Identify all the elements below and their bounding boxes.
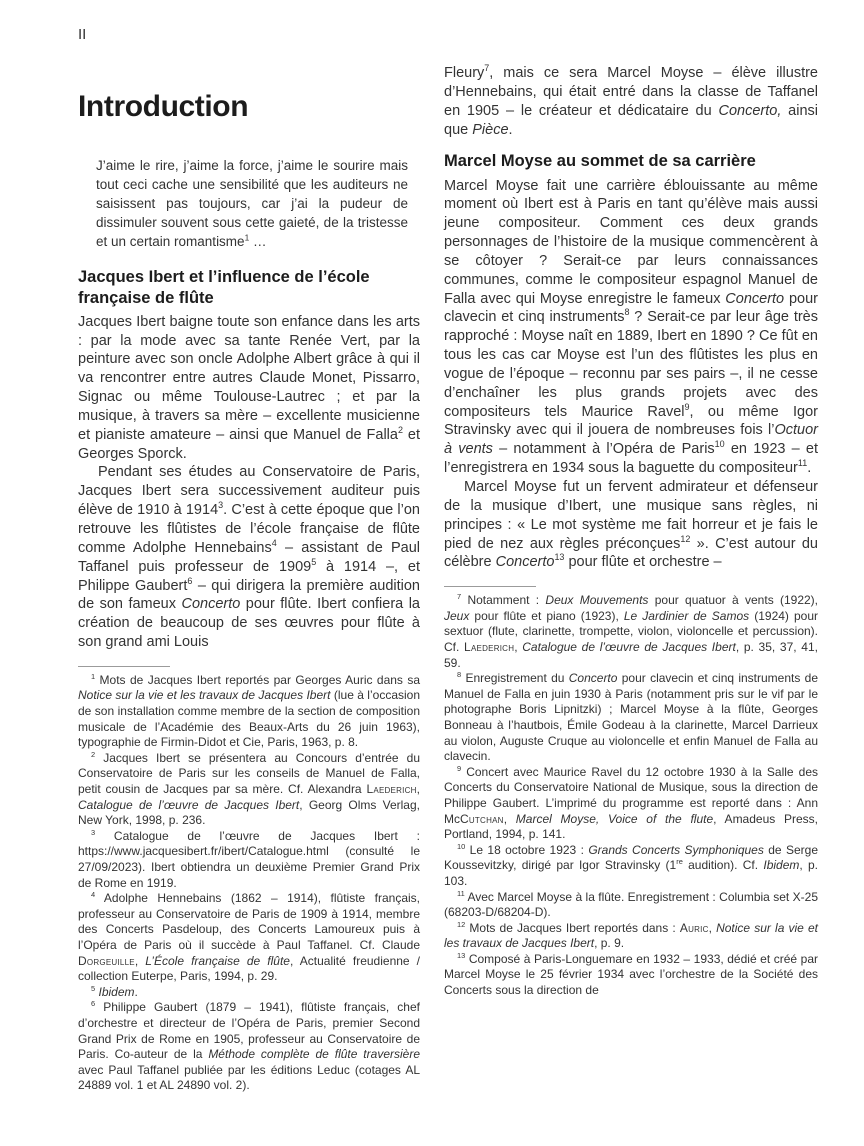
section-heading-ibert: Jacques Ibert et l’influence de l’école … [78,267,420,307]
left-footnotes: 1 Mots de Jacques Ibert reportés par Geo… [78,673,420,1094]
page-number: II [78,26,818,44]
footnote: 10 Le 18 octobre 1923 : Grands Concerts … [444,843,818,890]
paragraph: Marcel Moyse fait une carrière éblouissa… [444,177,818,479]
epigraph-quote: J’aime le rire, j’aime la force, j’aime … [96,157,408,251]
right-column: Fleury7, mais ce sera Marcel Moyse – élè… [444,64,818,999]
footnote-separator [78,666,170,667]
footnote: 5 Ibidem. [78,985,420,1001]
footnote: 9 Concert avec Maurice Ravel du 12 octob… [444,765,818,843]
paragraph: Marcel Moyse fut un fervent admirateur e… [444,478,818,572]
footnote: 6 Philippe Gaubert (1879 – 1941), flûtis… [78,1000,420,1094]
footnote: 7 Notamment : Deux Mouvements pour quatu… [444,593,818,671]
footnote: 13 Composé à Paris-Longuemare en 1932 – … [444,952,818,999]
right-body-paragraphs: Marcel Moyse fait une carrière éblouissa… [444,177,818,573]
book-page: II Introduction J’aime le rire, j’aime l… [0,0,864,1146]
footnote: 2 Jacques Ibert se présentera au Concour… [78,751,420,829]
footnote: 1 Mots de Jacques Ibert reportés par Geo… [78,673,420,751]
section-heading-moyse: Marcel Moyse au sommet de sa carrière [444,151,818,171]
footnote: 11 Avec Marcel Moyse à la flûte. Enregis… [444,890,818,921]
left-body-paragraphs: Jacques Ibert baigne toute son enfance d… [78,313,420,652]
left-column: Introduction J’aime le rire, j’aime la f… [78,64,420,1094]
right-footnotes: 7 Notamment : Deux Mouvements pour quatu… [444,593,818,998]
footnote: 12 Mots de Jacques Ibert reportés dans :… [444,921,818,952]
footnote: 8 Enregistrement du Concerto pour clavec… [444,671,818,765]
page-title: Introduction [78,90,420,123]
footnote-separator [444,586,536,587]
footnote: 3 Catalogue de l’œuvre de Jacques Ibert … [78,829,420,891]
two-column-layout: Introduction J’aime le rire, j’aime la f… [78,64,818,1094]
paragraph: Fleury7, mais ce sera Marcel Moyse – élè… [444,64,818,139]
paragraph: Pendant ses études au Conservatoire de P… [78,463,420,651]
paragraph: Jacques Ibert baigne toute son enfance d… [78,313,420,464]
footnote: 4 Adolphe Hennebains (1862 – 1914), flût… [78,891,420,985]
